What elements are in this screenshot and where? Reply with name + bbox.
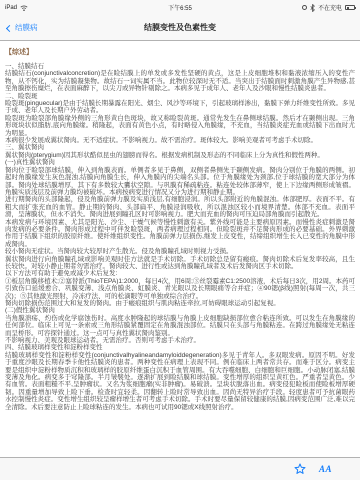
font-size-icon: AA [319,464,332,474]
back-button-label: 结膜病 [15,22,38,33]
article-body: 一、结膜结石 结膜结石(conjunctivalconcretion)是在睑结膜… [5,63,355,411]
article-paragraph: 结膜结石(conjunctivalconcretion)是在睑结膜上的单发或多发… [5,70,355,92]
article-paragraph: 二、睑裂斑 [5,93,355,100]
article-paragraph: 睑裂斑(pinguecular)是由于结膜长期暴露在阳光、烟尘、风沙等环境下，引… [5,100,355,115]
back-button[interactable]: 结膜病 [0,21,44,34]
font-size-button[interactable]: AA [319,464,332,474]
article-scroll-area[interactable]: 【综述】 一、结膜结石 结膜结石(conjunctivalconcretion)… [0,42,360,457]
article-paragraph: 本病发病与环境因素、尤其是阳光、沙尘、干燥气候等慢性刺激有关。紫外线可能是主要病… [5,219,355,249]
chevron-left-icon [6,24,13,31]
star-icon [294,463,306,475]
article-paragraph: (一)真性翼状胬肉 [5,159,355,166]
section-heading: 【综述】 [5,47,355,57]
article-paragraph: 进行期胬肉的头部隆起，侵及角膜前弹力膜及实质浅层,有细胞浸润。所以头部附近的角膜… [5,196,355,218]
orientation-lock-icon [302,5,307,10]
battery-status-label: 不在充电 [318,3,342,12]
article-paragraph: ①板层角膜移植术;②塞替派(ThioTEPA)1:2000，每日4次，用6周;③… [5,278,355,300]
article-paragraph: 睑裂斑为睑裂部角膜缘外侧的三角形黄白色斑块，故又称睑裂黄斑。通常先发生在鼻侧球结… [5,115,355,137]
status-bar: iPad 下午6:55 不在充电 [0,0,360,15]
article-paragraph: 翼状胬肉(pterygium)因其形状酷似昆虫的翅膀而得名。根据发病机制及形态的… [5,152,355,159]
article-paragraph: 当角膜溃疡、灼伤或化学腐蚀伤时。高度水肿隆起的球结膜与角膜上皮细胞缺损部位愈合粘… [5,315,355,337]
article-paragraph: 较小胬肉无症状。当胬肉较大较厚时产生散光。侵及角膜瞳孔域时则视力受损。 [5,248,355,255]
battery-icon [345,5,355,10]
carrier-label: iPad [5,5,17,11]
article-paragraph: 结膜玻璃样变性和淀粉样变性(conjunctivalhyalineandamyl… [5,352,355,411]
bottom-toolbar: AA [0,457,360,480]
nav-bar: 结膜变性及色素性变 结膜病 [0,15,360,41]
article-paragraph: 三、翼状胬肉 [5,144,355,151]
article-paragraph: 胬肉切除损伤范围过大和复发的胬肉。由于瘢痕组织与肌肉粘连牵拉,可妨碍眼球运动引起… [5,300,355,307]
article-paragraph: (二)假性翼状胬肉 [5,307,355,314]
wifi-icon [20,5,28,11]
favorite-button[interactable] [294,463,306,475]
page-title: 结膜变性及色素性变 [0,22,360,33]
article-paragraph: 以下方法可有助于避免或减少术后复发: [5,270,355,277]
article-paragraph: 翼状胬肉进行向角膜瞳孔域或影响美观时佳方法就是手术切除。手术切除总是留有瘢痕。胬… [5,256,355,271]
article-paragraph: 胬肉位于睑裂部球结膜，伸入到角膜表面。单侧者多见于鼻侧，双侧者鼻侧先于颞侧发病。… [5,167,355,197]
article-paragraph: 四、结膜玻璃样变性和淀粉样变性 [5,344,355,351]
bluetooth-icon [310,4,315,12]
article-paragraph: 本病很少发展成翼状胬肉。无不适症状。不影响视力。故不需治疗。斑体较大。影响美观者… [5,137,355,144]
